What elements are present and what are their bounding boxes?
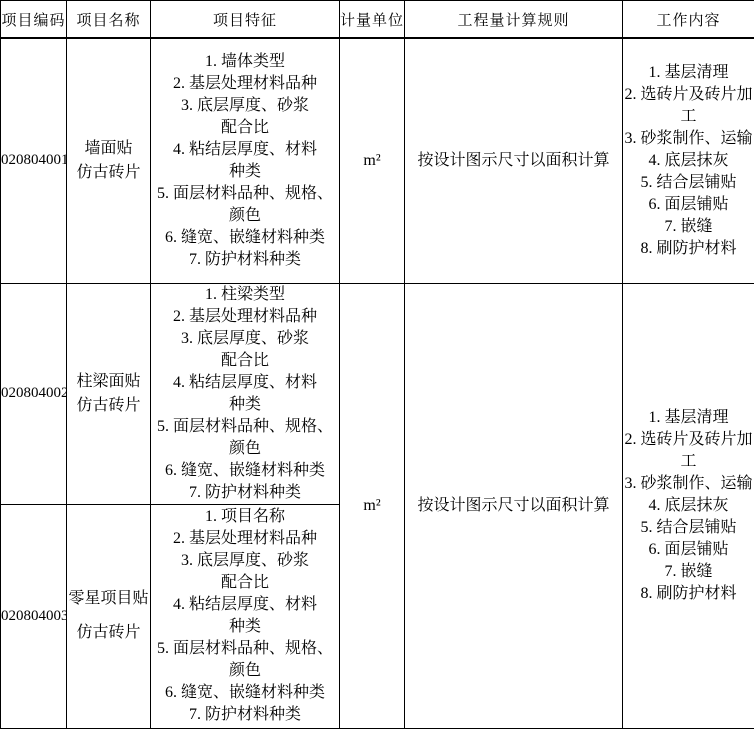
col-header-work-content: 工作内容 — [623, 1, 754, 39]
col-header-calc-rule: 工程量计算规则 — [405, 1, 623, 39]
header-row: 项目编码 项目名称 项目特征 计量单位 工程量计算规则 工作内容 — [1, 1, 754, 39]
cell-project-name-3: 零星项目贴 仿古砖片 — [67, 504, 151, 728]
cell-work-content-1: 1. 基层清理 2. 选砖片及砖片加 工 3. 砂浆制作、运输 4. 底层抹灰 … — [623, 38, 754, 283]
cell-calc-rule-1: 按设计图示尺寸以面积计算 — [405, 38, 623, 283]
cell-project-code-2: 020804002 — [1, 283, 67, 504]
cell-project-name-1: 墙面贴 仿古砖片 — [67, 38, 151, 283]
col-header-project-features: 项目特征 — [151, 1, 340, 39]
cell-unit-1: m² — [340, 38, 405, 283]
cell-project-features-3: 1. 项目名称 2. 基层处理材料品种 3. 底层厚度、砂浆 配合比 4. 粘结… — [151, 504, 340, 728]
col-header-unit: 计量单位 — [340, 1, 405, 39]
cell-project-features-2: 1. 柱梁类型 2. 基层处理材料品种 3. 底层厚度、砂浆 配合比 4. 粘结… — [151, 283, 340, 504]
col-header-project-name: 项目名称 — [67, 1, 151, 39]
cell-calc-rule-2-3: 按设计图示尺寸以面积计算 — [405, 283, 623, 728]
table-header: 项目编码 项目名称 项目特征 计量单位 工程量计算规则 工作内容 — [1, 1, 754, 39]
quantity-spec-table: 项目编码 项目名称 项目特征 计量单位 工程量计算规则 工作内容 0208040… — [0, 0, 754, 729]
cell-work-content-2-3: 1. 基层清理 2. 选砖片及砖片加 工 3. 砂浆制作、运输 4. 底层抹灰 … — [623, 283, 754, 728]
cell-project-name-2: 柱梁面贴 仿古砖片 — [67, 283, 151, 504]
cell-project-features-1: 1. 墙体类型 2. 基层处理材料品种 3. 底层厚度、砂浆 配合比 4. 粘结… — [151, 38, 340, 283]
table-row-020804001: 020804001 墙面贴 仿古砖片 1. 墙体类型 2. 基层处理材料品种 3… — [1, 38, 754, 283]
table-body: 020804001 墙面贴 仿古砖片 1. 墙体类型 2. 基层处理材料品种 3… — [1, 38, 754, 728]
cell-project-code-1: 020804001 — [1, 38, 67, 283]
col-header-project-code: 项目编码 — [1, 1, 67, 39]
table-row-020804002: 020804002 柱梁面贴 仿古砖片 1. 柱梁类型 2. 基层处理材料品种 … — [1, 283, 754, 504]
cell-unit-2-3: m² — [340, 283, 405, 728]
cell-project-code-3: 020804003 — [1, 504, 67, 728]
